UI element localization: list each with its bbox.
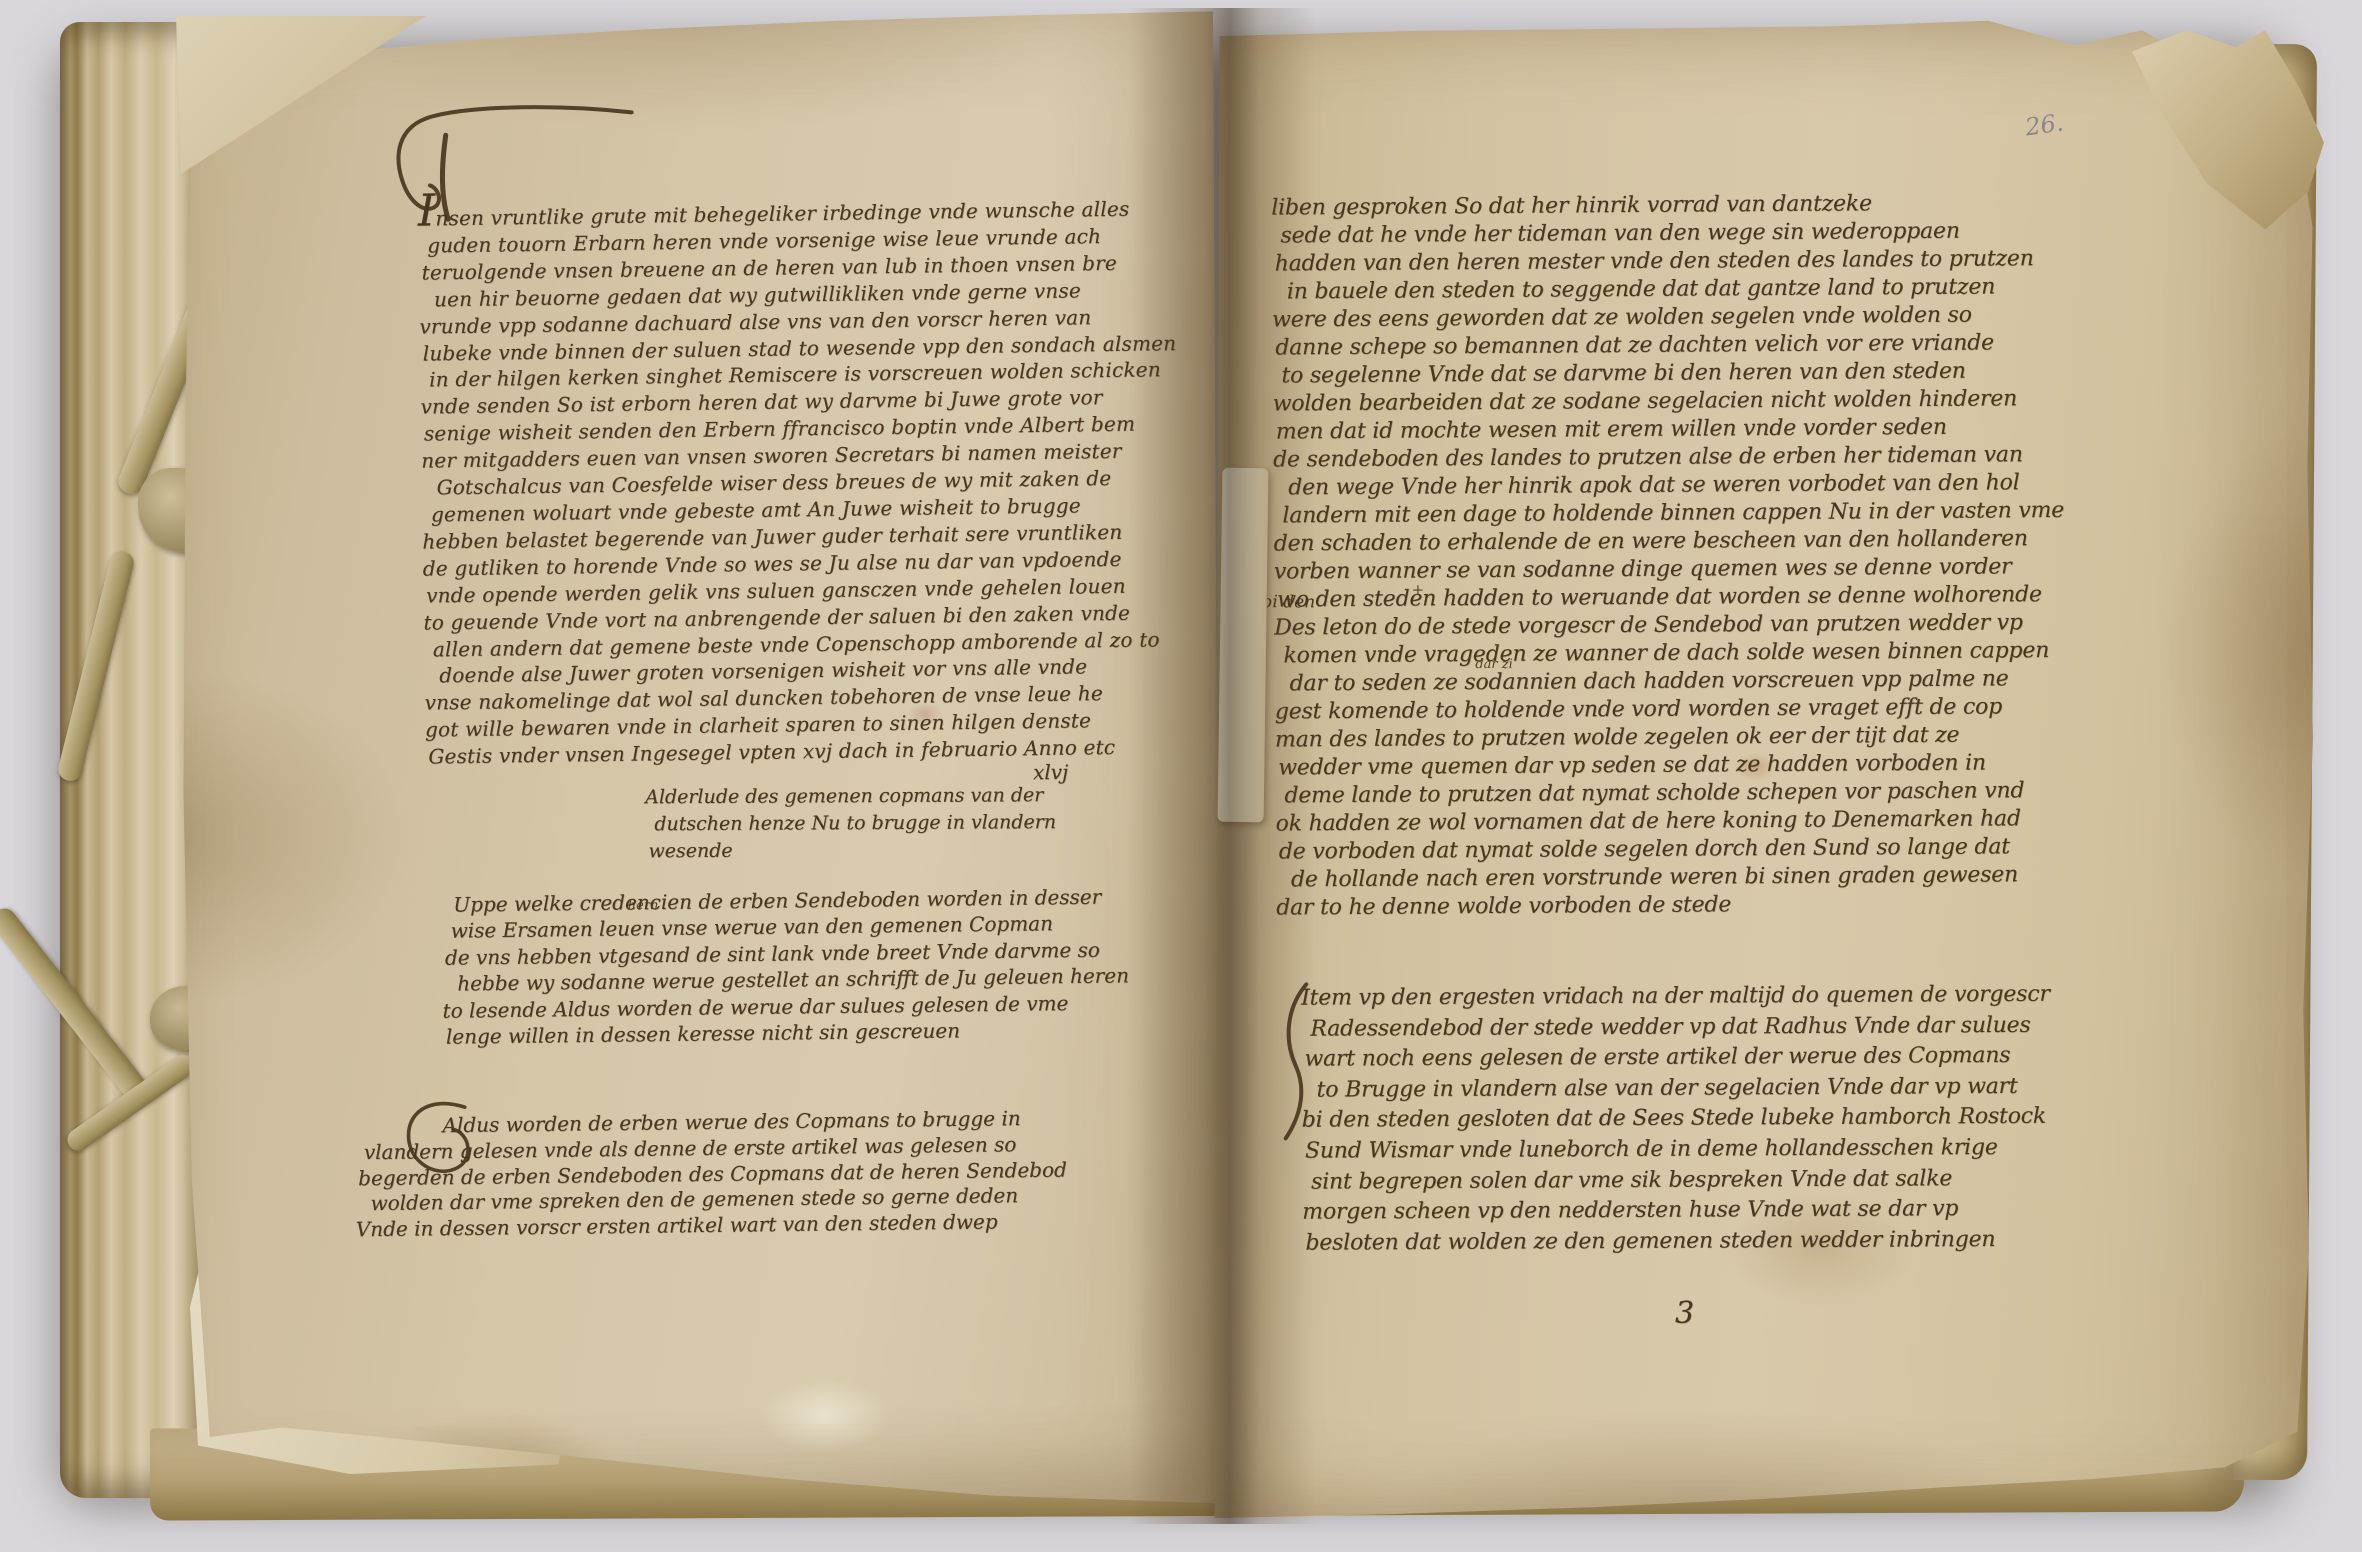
left-main-text: Insen vruntlike grute mit behegeliker ir… xyxy=(418,185,1146,771)
margin-note: bi den xyxy=(1262,592,1316,612)
manuscript-line: morgen scheen vp den neddersten huse Vnd… xyxy=(1302,1194,2051,1229)
manuscript-line: wolden bearbeiden dat ze sodane segelaci… xyxy=(1273,385,2073,419)
left-page: Insen vruntlike grute mit behegeliker ir… xyxy=(171,11,1221,1508)
manuscript-line: dutschen henze Nu to brugge in vlandern xyxy=(654,809,1056,838)
interline-word: dar zi xyxy=(1475,657,1512,672)
manuscript-line: bi den steden gesloten dat de Sees Stede… xyxy=(1302,1102,2051,1137)
paper-slip xyxy=(1218,468,1269,823)
manuscript-line: sint begrepen solen dar vme sik bespreke… xyxy=(1311,1163,2051,1197)
manuscript-line: Sund Wismar vnde luneborch de in deme ho… xyxy=(1305,1133,2051,1167)
manuscript-photo: Insen vruntlike grute mit behegeliker ir… xyxy=(0,0,2362,1552)
folio-number: 26. xyxy=(2024,109,2066,142)
address-block: Alderlude des gemenen copmans van derdut… xyxy=(645,782,1056,865)
reading-paragraph: Aldus worden de erben werue des Copmans … xyxy=(354,1106,1067,1244)
credence-paragraph: Uppe welke credencien de erben Sendebode… xyxy=(441,883,1130,1050)
manuscript-line: wesende xyxy=(648,836,1056,865)
manuscript-line: Radessendebod der stede wedder vp dat Ra… xyxy=(1310,1010,2050,1044)
collation-plus-mark: + xyxy=(1412,581,1425,599)
manuscript-line: Item vp den ergesten vridach na der malt… xyxy=(1301,980,2050,1015)
manuscript-line: wart noch eens gelesen de erste artikel … xyxy=(1304,1041,2050,1075)
manuscript-line: Alderlude des gemenen copmans van der xyxy=(645,782,1056,811)
manuscript-line: besloten dat wolden ze den gemenen stede… xyxy=(1305,1224,2051,1258)
manuscript-line: to Brugge in vlandern alse van der segel… xyxy=(1317,1072,2051,1106)
right-main-text: liben gesproken So dat her hinrik vorrad… xyxy=(1271,189,2076,923)
afternoon-session-paragraph: Item vp den ergesten vridach na der malt… xyxy=(1301,980,2051,1259)
manuscript-line: de hollande nach eren vorstrunde weren b… xyxy=(1291,861,2076,894)
year-mark: xlvj xyxy=(1033,760,1068,784)
right-page: 26. liben gesproken So dat her hinrik vo… xyxy=(1214,12,2317,1522)
quire-mark: 3 xyxy=(1675,1296,1694,1331)
manuscript-line: dar to he denne wolde vorboden de stede xyxy=(1276,889,2076,923)
